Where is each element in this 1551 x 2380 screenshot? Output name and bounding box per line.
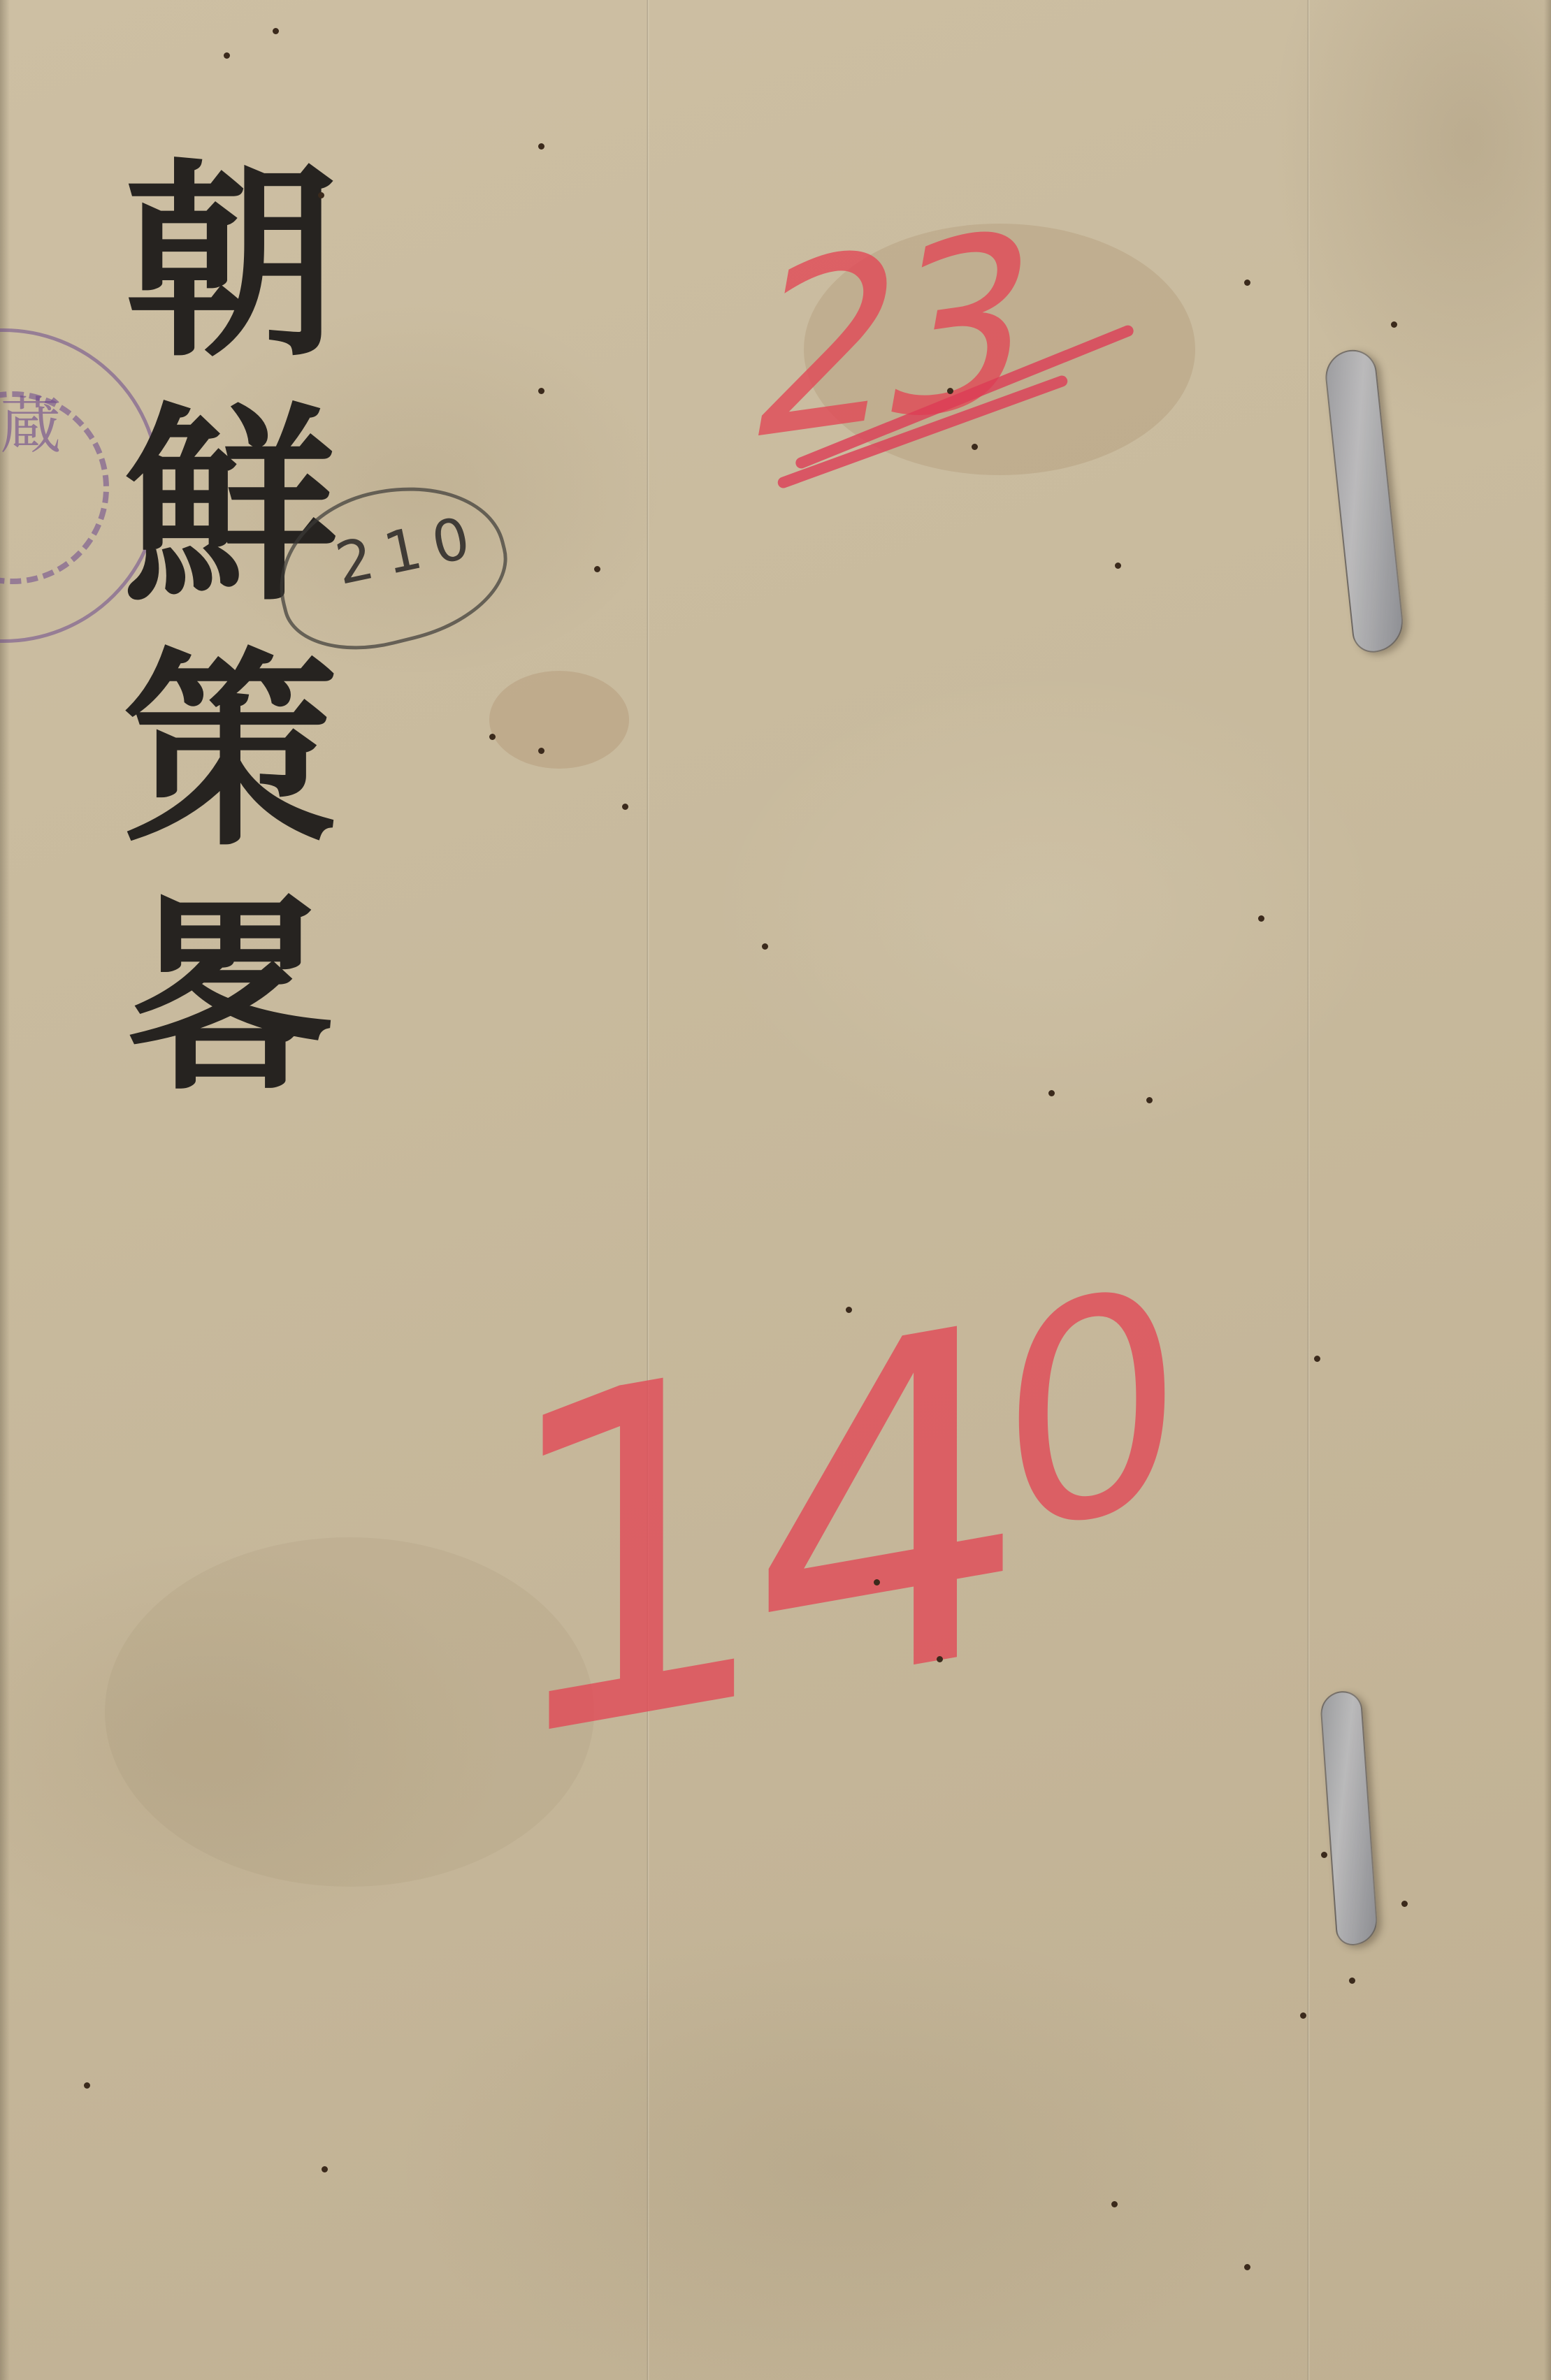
book-cover: 蔵 朝 鮮 策 畧 210 23 140 (0, 0, 1551, 2380)
binding-thread-tie-bottom (1319, 1690, 1378, 1946)
fold-line (647, 0, 649, 2380)
cover-right-edge (1544, 0, 1551, 2380)
spine-fold-line (1307, 0, 1310, 2380)
binding-thread-tie-top (1323, 347, 1406, 654)
title-char: 策 (124, 629, 338, 873)
title-char: 畧 (124, 873, 338, 1118)
seal-glyph: 蔵 (0, 391, 63, 461)
red-crayon-number-superscript: 0 (1000, 1227, 1157, 1602)
title-char: 朝 (124, 140, 338, 384)
red-crayon-number: 140 (494, 1238, 1156, 1809)
red-crayon-number-main: 14 (494, 1228, 1000, 1845)
foxing-stain (489, 671, 629, 769)
